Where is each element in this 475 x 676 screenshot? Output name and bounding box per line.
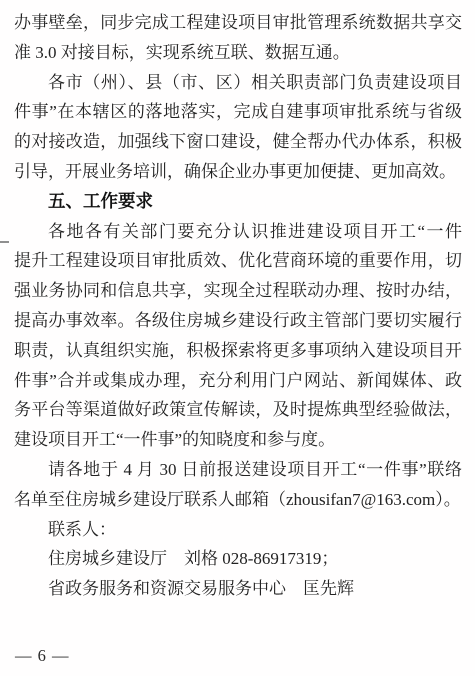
contact-line: 省政务服务和资源交易服务中心 匡先辉 18982878533。: [14, 574, 462, 604]
text-line: 名单至住房城乡建设厅联系人邮箱（zhousifan7@163.com）。: [14, 485, 462, 515]
text-line: 件事”在本辖区的落地落实，完成自建事项审批系统与省级系统: [14, 97, 462, 127]
text-line: 准 3.0 对接目标，实现系统互联、数据互通。: [14, 38, 462, 68]
section-heading: 五、工作要求: [14, 187, 462, 217]
text-line: 建设项目开工“一件事”的知晓度和参与度。: [14, 425, 462, 455]
text-line: 各地各有关部门要充分认识推进建设项目开工“一件事”对: [14, 217, 462, 247]
text-line: 务平台等渠道做好政策宣传解读，及时提炼典型经验做法，提高: [14, 395, 462, 425]
text-line: 联系人：: [14, 515, 462, 545]
text-line: 的对接改造，加强线下窗口建设，健全帮办代办体系，积极宣传: [14, 127, 462, 157]
text-line: 办事壁垒，同步完成工程建设项目审批管理系统数据共享交换标: [14, 8, 462, 38]
text-line: 各市（州）、县（市、区）相关职责部门负责建设项目开工“一: [14, 68, 462, 98]
text-line: 提升工程建设项目审批质效、优化营商环境的重要作用，切实加: [14, 246, 462, 276]
document-text-block: 办事壁垒，同步完成工程建设项目审批管理系统数据共享交换标 准 3.0 对接目标，…: [14, 8, 462, 604]
contact-line: 住房城乡建设厅 刘格 028-86917319；: [14, 544, 462, 574]
text-line: 引导，开展业务培训，确保企业办事更加便捷、更加高效。: [14, 157, 462, 187]
text-line: 件事”合并或集成办理，充分利用门户网站、新闻媒体、政务服: [14, 366, 462, 396]
scan-artifact-mark: [0, 241, 9, 243]
text-line: 职责，认真组织实施，积极探索将更多事项纳入建设项目开工“一: [14, 336, 462, 366]
document-page: 办事壁垒，同步完成工程建设项目审批管理系统数据共享交换标 准 3.0 对接目标，…: [0, 0, 475, 676]
page-number: — 6 —: [15, 641, 70, 671]
text-line: 请各地于 4 月 30 日前报送建设项目开工“一件事”联络人员: [14, 455, 462, 485]
text-line: 提高办事效率。各级住房城乡建设行政主管部门要切实履行牵头: [14, 306, 462, 336]
text-line: 强业务协同和信息共享，实现全过程联动办理、按时办结，不断: [14, 276, 462, 306]
